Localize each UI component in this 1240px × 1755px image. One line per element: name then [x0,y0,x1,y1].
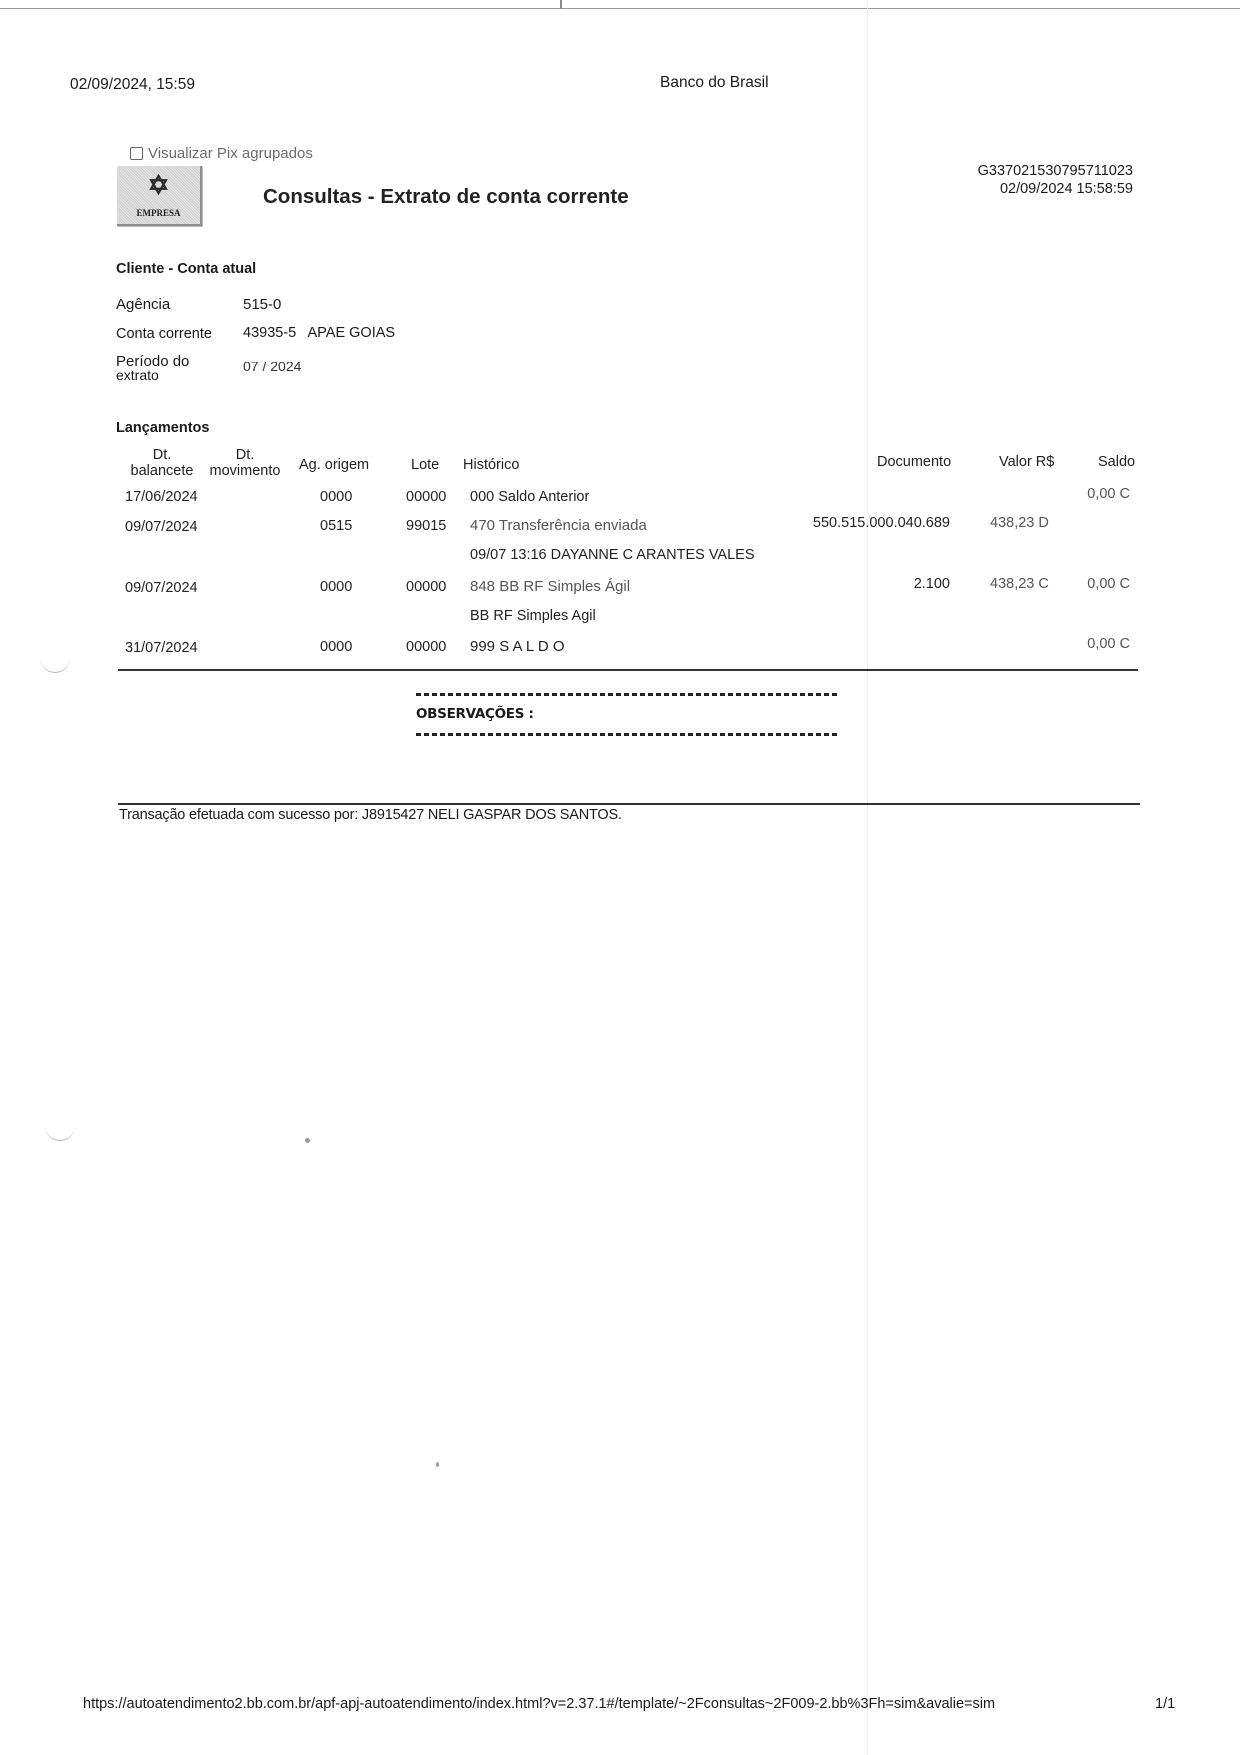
document-id: G337021530795711023 [978,162,1133,180]
cell-documento: 550.515.000.040.689 [813,515,950,531]
cell-historico: 999 S A L D O [470,638,565,655]
cell-dt-balancete: 17/06/2024 [125,489,198,505]
bank-name: Banco do Brasil [660,74,769,92]
cell-detail: BB RF Simples Agil [470,608,596,624]
col-dt-balancete-line2: balancete [122,463,202,479]
pix-grouped-option[interactable]: Visualizar Pix agrupados [130,145,313,162]
cell-valor: 438,23 D [990,515,1049,531]
cell-ag-origem: 0000 [320,579,352,595]
scan-stripe [867,0,868,1755]
cell-saldo: 0,00 C [1087,486,1130,502]
cell-saldo: 0,00 C [1087,576,1130,592]
scan-artifact [45,1118,75,1141]
cell-documento: 2.100 [914,576,950,592]
client-section-title: Cliente - Conta atual [116,261,256,277]
cell-historico: 848 BB RF Simples Ágil [470,578,630,595]
agency-value: 515-0 [243,296,281,313]
col-saldo: Saldo [1098,454,1135,470]
entries-section-title: Lançamentos [116,420,209,436]
scan-artifact [40,650,70,673]
document-timestamp: 02/09/2024 15:58:59 [978,180,1133,198]
cell-lote: 00000 [406,579,446,595]
footer-url: https://autoatendimento2.bb.com.br/apf-a… [83,1696,995,1712]
bb-logo-icon: ✡ [117,170,200,201]
col-lote: Lote [411,457,439,473]
period-label-line2: extrato [116,369,189,381]
cell-saldo: 0,00 C [1087,636,1130,652]
col-documento: Documento [877,454,951,470]
period-value: 07 / 2024 [243,362,301,371]
agency-label: Agência [116,296,170,313]
col-dt-movimento-line2: movimento [204,463,286,479]
col-valor: Valor R$ [999,454,1054,470]
transaction-rule [118,803,1140,805]
cell-ag-origem: 0000 [320,639,352,655]
table-bottom-rule [118,669,1138,671]
scan-artifact [436,1462,439,1467]
scan-edge-tick [560,0,562,9]
scan-edge-line [0,8,1240,9]
checkbox-icon[interactable] [130,147,143,160]
cell-historico: 470 Transferência enviada [470,517,647,534]
period-label: Período do extrato [116,356,189,381]
col-ag-origem: Ag. origem [299,457,369,473]
col-dt-movimento-line1: Dt. [204,447,286,463]
cell-dt-balancete: 09/07/2024 [125,580,198,596]
observations-label: OBSERVAÇÕES : [416,706,534,722]
page-number: 1/1 [1155,1696,1175,1712]
bb-empresa-logo: ✡ EMPRESA [117,166,202,226]
cell-detail: 09/07 13:16 DAYANNE C ARANTES VALES [470,547,755,563]
cell-lote: 99015 [406,518,446,534]
cell-lote: 00000 [406,639,446,655]
observations-bottom-dashes [416,733,840,736]
col-dt-balancete: Dt. balancete [122,447,202,479]
cell-lote: 00000 [406,489,446,505]
document-id-block: G337021530795711023 02/09/2024 15:58:59 [978,162,1133,198]
col-dt-movimento: Dt. movimento [204,447,286,479]
cell-ag-origem: 0515 [320,518,352,534]
cell-dt-balancete: 31/07/2024 [125,640,198,656]
pix-grouped-label: Visualizar Pix agrupados [148,145,313,162]
scan-artifact [305,1138,310,1143]
print-datetime: 02/09/2024, 15:59 [70,76,195,94]
cell-dt-balancete: 09/07/2024 [125,519,198,535]
transaction-message: Transação efetuada com sucesso por: J891… [119,807,622,823]
logo-label: EMPRESA [117,208,200,218]
account-value: 43935-5 APAE GOIAS [243,325,395,341]
account-label: Conta corrente [116,326,212,342]
col-historico: Histórico [463,457,519,473]
cell-ag-origem: 0000 [320,489,352,505]
cell-valor: 438,23 C [990,576,1049,592]
page-title: Consultas - Extrato de conta corrente [263,185,629,209]
cell-historico: 000 Saldo Anterior [470,489,589,505]
col-dt-balancete-line1: Dt. [122,447,202,463]
observations-top-dashes [416,693,840,696]
